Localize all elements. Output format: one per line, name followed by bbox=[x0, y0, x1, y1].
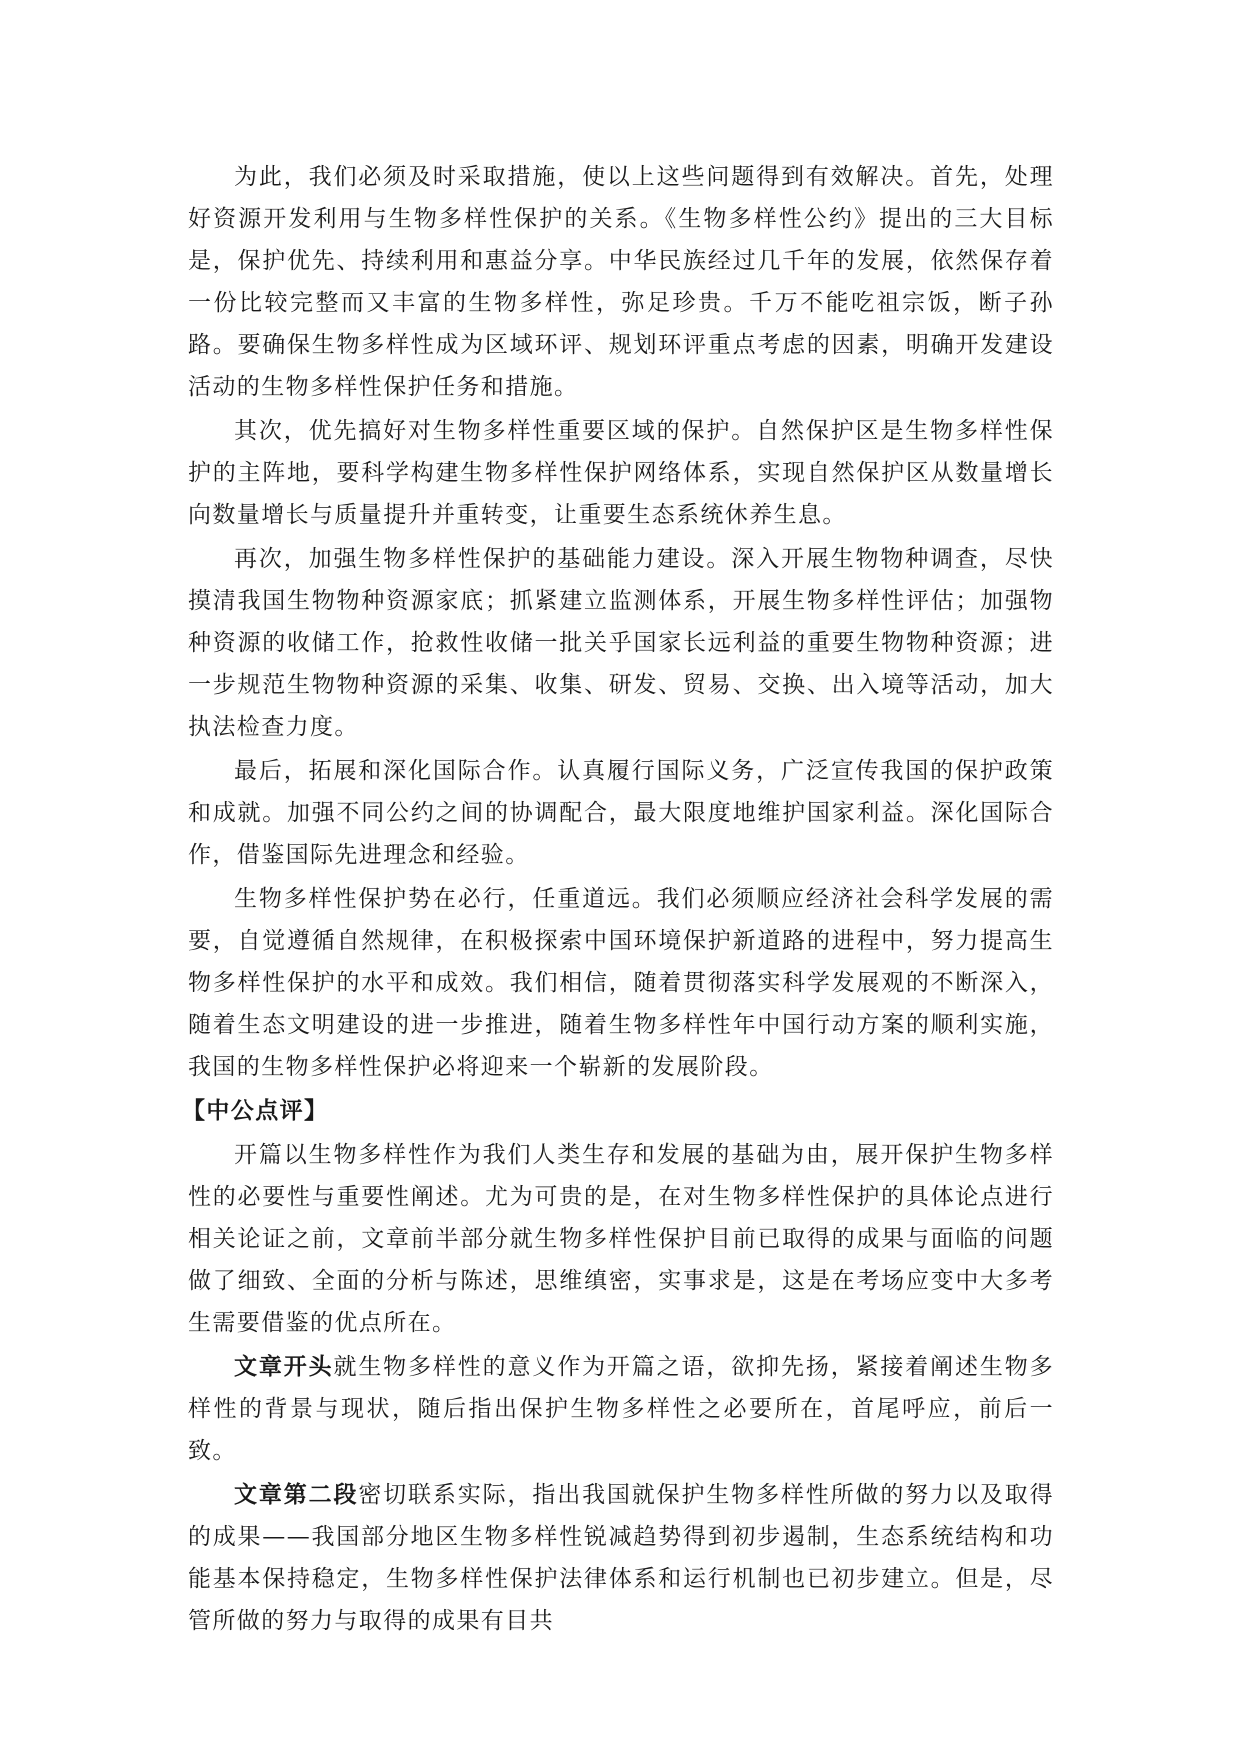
review-heading: 【中公点评】 bbox=[182, 1090, 1054, 1132]
paragraph-conclusion: 生物多样性保护势在必行，任重道远。我们必须顺应经济社会科学发展的需要，自觉遵循自… bbox=[188, 878, 1054, 1088]
review-point-second-paragraph: 文章第二段密切联系实际，指出我国就保护生物多样性所做的努力以及取得的成果——我国… bbox=[188, 1474, 1054, 1642]
review-point-lead: 文章开头 bbox=[234, 1354, 333, 1380]
paragraph-second-measure: 其次，优先搞好对生物多样性重要区域的保护。自然保护区是生物多样性保护的主阵地，要… bbox=[188, 410, 1054, 536]
paragraph-final-measure: 最后，拓展和深化国际合作。认真履行国际义务，广泛宣传我国的保护政策和成就。加强不… bbox=[188, 750, 1054, 876]
paragraph-third-measure: 再次，加强生物多样性保护的基础能力建设。深入开展生物物种调查，尽快摸清我国生物物… bbox=[188, 538, 1054, 748]
document-page: 为此，我们必须及时采取措施，使以上这些问题得到有效解决。首先，处理好资源开发利用… bbox=[188, 156, 1054, 1644]
review-point-lead: 文章第二段 bbox=[234, 1482, 358, 1508]
paragraph-measures-intro: 为此，我们必须及时采取措施，使以上这些问题得到有效解决。首先，处理好资源开发利用… bbox=[188, 156, 1054, 408]
review-point-opening: 文章开头就生物多样性的意义作为开篇之语，欲抑先扬，紧接着阐述生物多样性的背景与现… bbox=[188, 1346, 1054, 1472]
review-intro-paragraph: 开篇以生物多样性作为我们人类生存和发展的基础为由，展开保护生物多样性的必要性与重… bbox=[188, 1134, 1054, 1344]
